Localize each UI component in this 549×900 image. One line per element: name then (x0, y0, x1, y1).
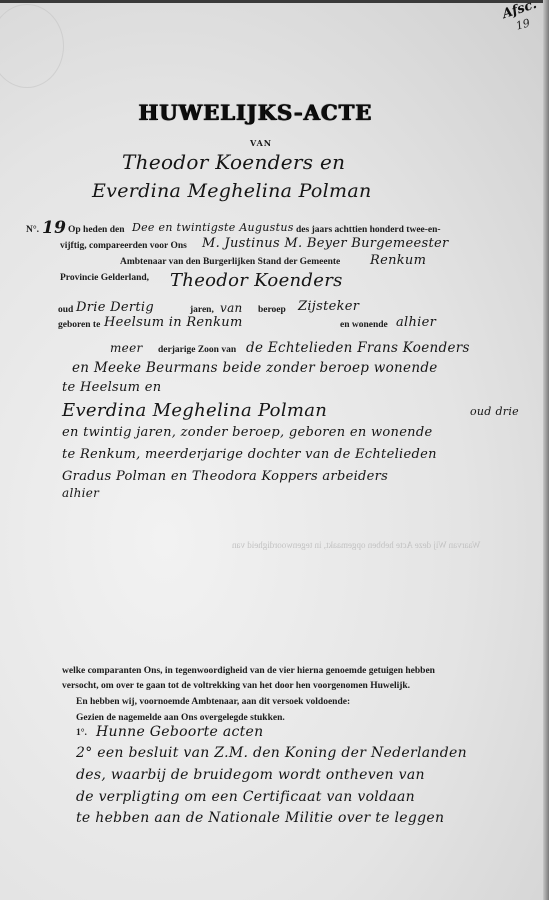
parents-hand-1: de Echtelieden Frans Koenders (246, 340, 470, 356)
line3-print-a: Ambtenaar van den Burgerlijken Stand der… (120, 257, 340, 267)
item1-label: 1°. (76, 728, 87, 738)
jaren-label: jaren, (190, 305, 214, 315)
bleed-through-text: Waarvan Wij deze Acte hebben opgemaakt, … (232, 540, 480, 550)
print-p1-l1: welke comparanten Ons, in tegenwoordighe… (62, 666, 435, 676)
item2-hand-3: de verpligting om een Certificaat van vo… (76, 789, 415, 805)
number-label: N°. (26, 225, 39, 235)
zoon-hand-pre: meer (110, 341, 143, 355)
birthplace-hand: Heelsum in Renkum (104, 315, 243, 330)
bride-hand-3: te Renkum, meerderjarige dochter van de … (62, 447, 437, 462)
bride-age-prefix: oud drie (470, 405, 519, 418)
geboren-label: geboren te (58, 320, 100, 330)
item1-hand: Hunne Geboorte acten (96, 724, 263, 740)
parents-hand-2: en Meeke Beurmans beide zonder beroep wo… (72, 360, 438, 376)
groom-name: Theodor Koenders (170, 270, 343, 291)
page-right-edge (543, 0, 549, 900)
wonende-label: en wonende (340, 320, 388, 330)
age-hand: Drie Dertig (76, 300, 154, 315)
bride-name-header: Everdina Meghelina Polman (92, 180, 371, 202)
line1-hand: Dee en twintigste Augustus (132, 221, 294, 234)
item2-hand-1: 2° een besluit van Z.M. den Koning der N… (76, 745, 467, 761)
groom-name-header: Theodor Koenders en (122, 150, 345, 174)
van-beroep-hand: van (220, 301, 243, 315)
occupation-hand: Zijsteker (298, 299, 359, 314)
bride-hand-5: alhier (62, 486, 99, 500)
number-value: 19 (42, 218, 66, 238)
beroep-label: beroep (258, 305, 286, 315)
item2-hand-2: des, waarbij de bruidegom wordt ontheven… (76, 767, 425, 783)
line1-print-a: Op heden den (68, 225, 125, 235)
line2-print-a: vijftig, compareerden voor Ons (60, 241, 187, 251)
zoon-print: derjarige Zoon van (158, 345, 236, 355)
bride-hand-2: en twintig jaren, zonder beroep, geboren… (62, 425, 432, 440)
stamp-seal (0, 4, 64, 88)
parents-hand-3: te Heelsum en (62, 380, 161, 395)
bride-hand-4: Gradus Polman en Theodora Koppers arbeid… (62, 469, 388, 484)
line3-hand: Renkum (370, 253, 426, 268)
folio-number: 19 (515, 16, 532, 32)
title-van: VAN (250, 138, 272, 148)
print-p2: En hebben wij, voornoemde Ambtenaar, aan… (76, 697, 350, 707)
print-p3: Gezien de nagemelde aan Ons overgelegde … (76, 713, 285, 723)
line4-print: Provincie Gelderland, (60, 273, 149, 283)
page-top-edge (0, 0, 549, 3)
bride-name: Everdina Meghelina Polman (62, 400, 327, 421)
line2-hand: M. Justinus M. Beyer Burgemeester (202, 236, 449, 251)
line1-print-b: des jaars achttien honderd twee-en- (296, 225, 441, 235)
oud-label: oud (58, 305, 73, 315)
residence-hand: alhier (396, 315, 436, 330)
item2-hand-4: te hebben aan de Nationale Militie over … (76, 810, 444, 826)
document-title: HUWELIJKS-ACTE (120, 100, 390, 125)
print-p1-l2: versocht, om over te gaan tot de voltrek… (62, 681, 410, 691)
document-page: Afsc. 19 HUWELIJKS-ACTE VAN Theodor Koen… (0, 0, 549, 900)
